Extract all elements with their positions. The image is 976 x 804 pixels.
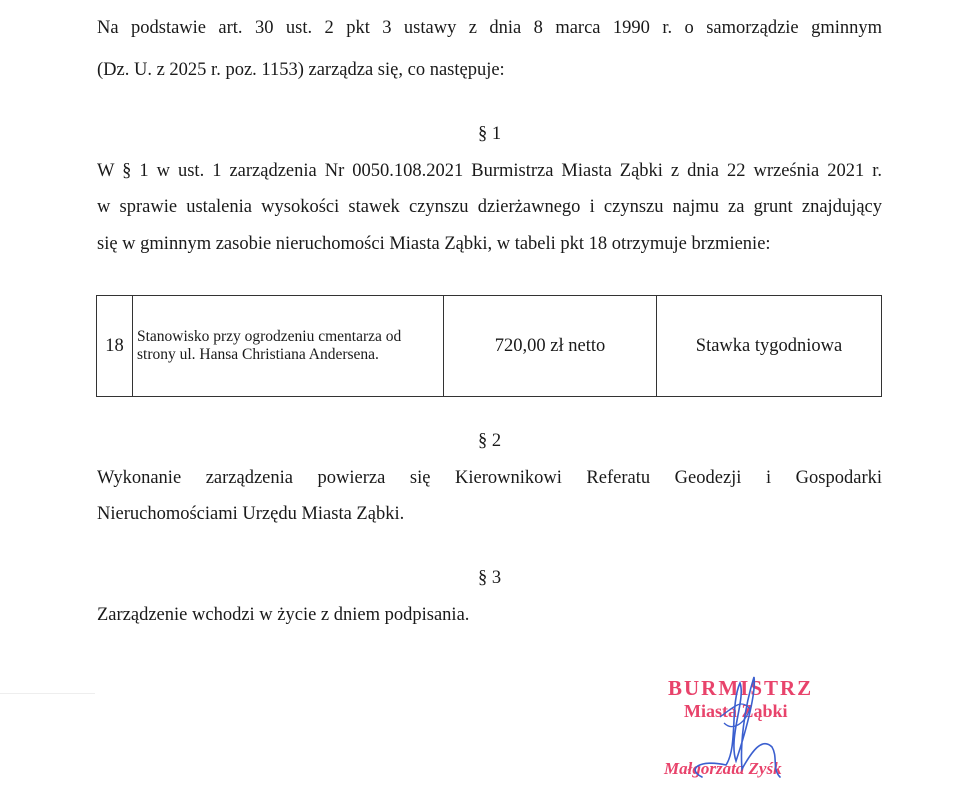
table-row: 18 Stanowisko przy ogrodzeniu cmentarza … (97, 296, 882, 397)
section-1-heading: § 1 (97, 124, 882, 145)
section-1-line-3: się w gminnym zasobie nieruchomości Mias… (97, 234, 771, 255)
row-rate-type: Stawka tygodniowa (657, 296, 882, 397)
scan-artifact-line (0, 693, 95, 694)
section-2-line-2: Nieruchomościami Urzędu Miasta Ząbki. (97, 504, 404, 525)
section-1-line-2: w sprawie ustalenia wysokości stawek czy… (97, 197, 882, 218)
row-number: 18 (97, 296, 133, 397)
handwritten-signature-icon (680, 665, 800, 785)
row-description: Stanowisko przy ogrodzeniu cmentarza od … (133, 296, 444, 397)
section-3-heading: § 3 (97, 568, 882, 589)
section-3-line-1: Zarządzenie wchodzi w życie z dniem podp… (97, 605, 469, 626)
intro-line-2: (Dz. U. z 2025 r. poz. 1153) zarządza si… (97, 60, 505, 81)
rate-table: 18 Stanowisko przy ogrodzeniu cmentarza … (96, 295, 882, 397)
row-rate: 720,00 zł netto (444, 296, 657, 397)
section-2-line-1: Wykonanie zarządzenia powierza się Kiero… (97, 468, 882, 489)
intro-line-1: Na podstawie art. 30 ust. 2 pkt 3 ustawy… (97, 18, 882, 39)
section-2-heading: § 2 (97, 431, 882, 452)
section-1-line-1: W § 1 w ust. 1 zarządzenia Nr 0050.108.2… (97, 161, 882, 182)
